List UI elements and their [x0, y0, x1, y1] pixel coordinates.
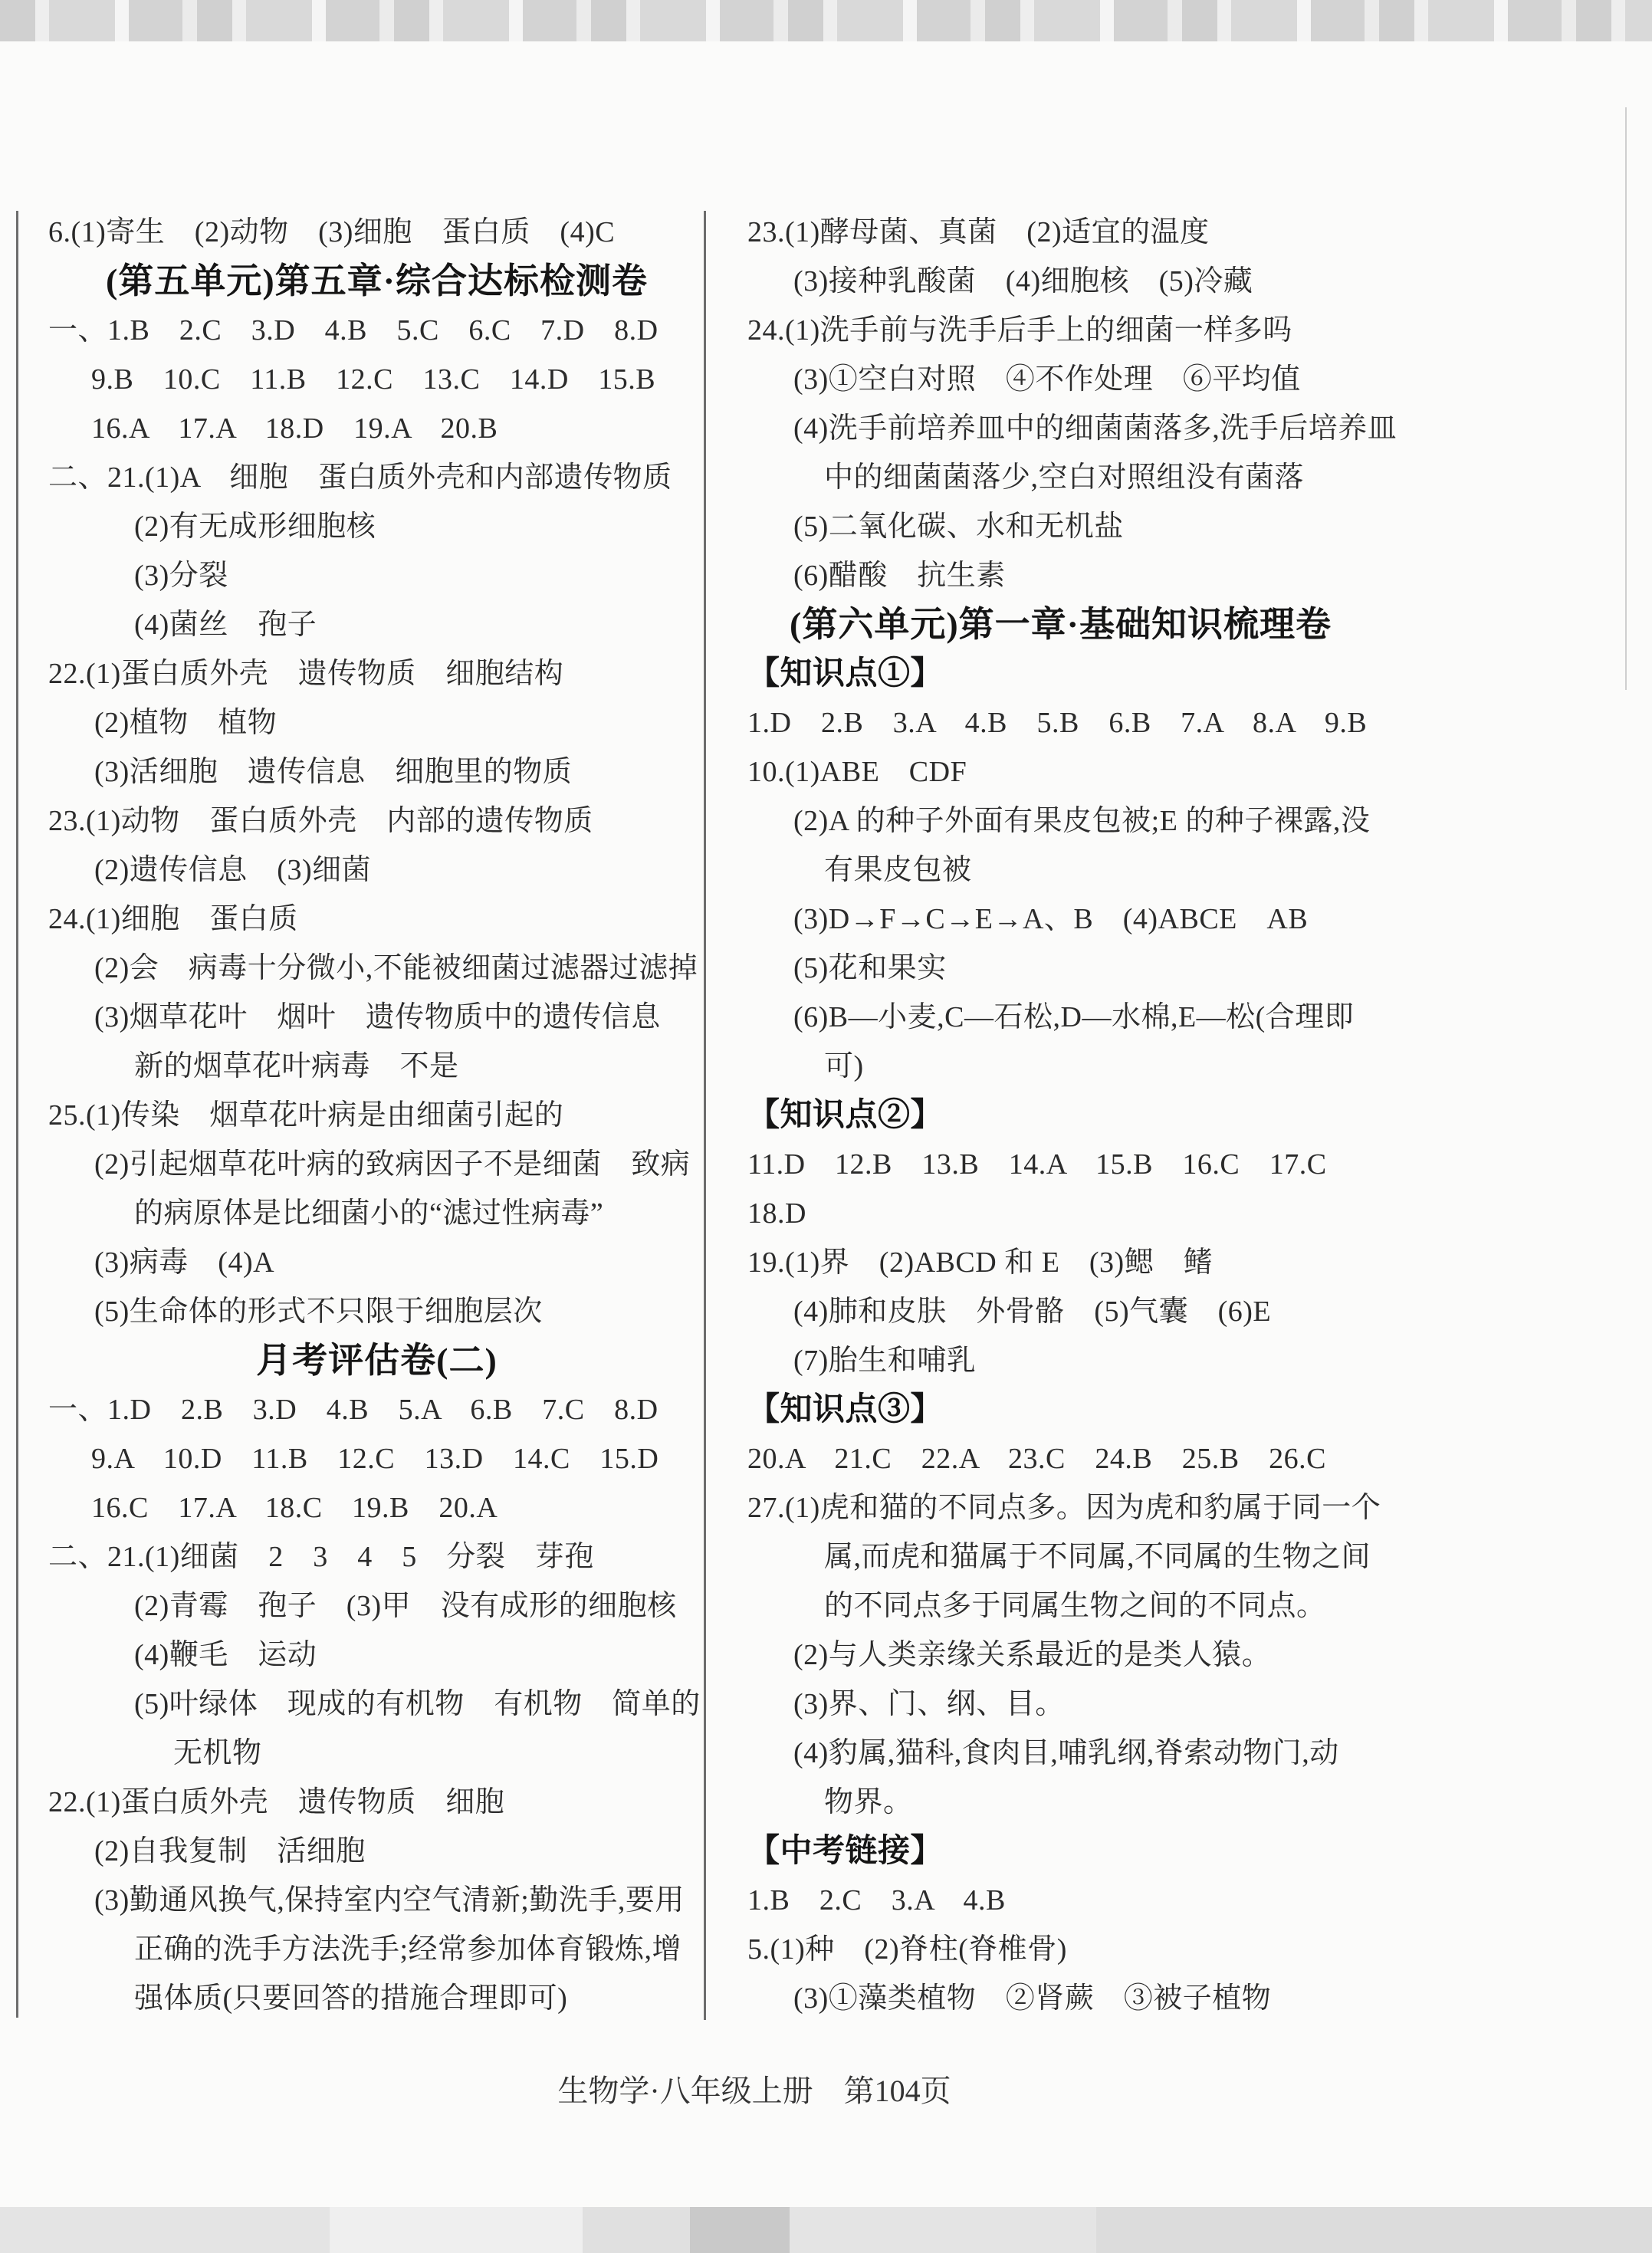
answer-line: (4)菌丝 孢子 — [48, 600, 705, 649]
answer-line: 22.(1)蛋白质外壳 遗传物质 细胞 — [48, 1778, 705, 1827]
answer-line: 新的烟草花叶病毒 不是 — [48, 1042, 705, 1091]
answer-line: 5.(1)种 (2)脊柱(脊椎骨) — [747, 1925, 1621, 1974]
answer-line: 物界。 — [747, 1778, 1621, 1827]
answer-line: 27.(1)虎和猫的不同点多。因为虎和豹属于同一个 — [747, 1483, 1621, 1532]
answer-line: 正确的洗手方法洗手;经常参加体育锻炼,增 — [48, 1925, 705, 1974]
answer-line: 9.B 10.C 11.B 12.C 13.C 14.D 15.B — [48, 355, 705, 404]
answer-line: (2)会 病毒十分微小,不能被细菌过滤器过滤掉 — [48, 944, 705, 993]
answer-line: (3)病毒 (4)A — [48, 1238, 705, 1287]
answer-line: (2)有无成形细胞核 — [48, 502, 705, 551]
section-header: (第六单元)第一章·基础知识梳理卷 — [747, 600, 1621, 649]
answer-line: (2)植物 植物 — [48, 698, 705, 747]
answer-line: (2)与人类亲缘关系最近的是类人猿。 — [747, 1631, 1621, 1680]
answer-line: 可) — [747, 1042, 1621, 1091]
section-header: 月考评估卷(二) — [48, 1336, 705, 1385]
answer-line: 6.(1)寄生 (2)动物 (3)细胞 蛋白质 (4)C — [48, 208, 705, 257]
answer-line: (7)胎生和哺乳 — [747, 1336, 1621, 1385]
section-header: (第五单元)第五章·综合达标检测卷 — [48, 257, 705, 306]
left-margin-rule — [16, 211, 18, 2018]
answer-line: 23.(1)酵母菌、真菌 (2)适宜的温度 — [747, 208, 1621, 257]
answer-line: 无机物 — [48, 1729, 705, 1778]
answer-line: 二、21.(1)A 细胞 蛋白质外壳和内部遗传物质 — [48, 453, 705, 502]
footer-book-title: 生物学·八年级上册 — [557, 2074, 813, 2108]
answer-line: 24.(1)细胞 蛋白质 — [48, 895, 705, 944]
answer-line: 中的细菌菌落少,空白对照组没有菌落 — [747, 453, 1621, 502]
answer-line: 25.(1)传染 烟草花叶病是由细菌引起的 — [48, 1091, 705, 1140]
answer-line: (3)烟草花叶 烟叶 遗传物质中的遗传信息 — [48, 993, 705, 1042]
answer-line: (5)叶绿体 现成的有机物 有机物 简单的 — [48, 1680, 705, 1729]
right-edge-scan-rule — [1625, 107, 1627, 690]
answer-line: (3)分裂 — [48, 551, 705, 600]
answer-line: 24.(1)洗手前与洗手后手上的细菌一样多吗 — [747, 306, 1621, 355]
answer-line: (2)引起烟草花叶病的致病因子不是细菌 致病 — [48, 1140, 705, 1189]
answer-line: 11.D 12.B 13.B 14.A 15.B 16.C 17.C — [747, 1140, 1621, 1189]
answer-line: 二、21.(1)细菌 2 3 4 5 分裂 芽孢 — [48, 1532, 705, 1581]
answer-line: (4)洗手前培养皿中的细菌菌落多,洗手后培养皿 — [747, 404, 1621, 453]
answer-line: 22.(1)蛋白质外壳 遗传物质 细胞结构 — [48, 649, 705, 698]
answer-line: 有果皮包被 — [747, 846, 1621, 895]
answer-line: 16.A 17.A 18.D 19.A 20.B — [48, 404, 705, 453]
page-bottom-scan-band — [0, 2207, 1652, 2253]
answer-line: (2)自我复制 活细胞 — [48, 1827, 705, 1876]
knowledge-point-header: 【知识点①】 — [747, 649, 1621, 698]
answer-line: 18.D — [747, 1189, 1621, 1238]
answer-line: (3)①空白对照 ④不作处理 ⑥平均值 — [747, 355, 1621, 404]
answer-line: 一、1.D 2.B 3.D 4.B 5.A 6.B 7.C 8.D — [48, 1385, 705, 1434]
answer-line: 一、1.B 2.C 3.D 4.B 5.C 6.C 7.D 8.D — [48, 306, 705, 355]
answer-line: (3)D→F→C→E→A、B (4)ABCE AB — [747, 895, 1621, 944]
answer-line: (2)青霉 孢子 (3)甲 没有成形的细胞核 — [48, 1581, 705, 1631]
page-footer: 生物学·八年级上册 第104页 — [141, 2070, 1368, 2113]
left-answer-column: 6.(1)寄生 (2)动物 (3)细胞 蛋白质 (4)C(第五单元)第五章·综合… — [48, 208, 705, 2023]
answer-line: 强体质(只要回答的措施合理即可) — [48, 1974, 705, 2023]
answer-line: (5)二氧化碳、水和无机盐 — [747, 502, 1621, 551]
answer-line: 19.(1)界 (2)ABCD 和 E (3)鳃 鳍 — [747, 1238, 1621, 1287]
answer-line: 9.A 10.D 11.B 12.C 13.D 14.C 15.D — [48, 1434, 705, 1483]
answer-line: (4)鞭毛 运动 — [48, 1631, 705, 1680]
answer-line: 1.B 2.C 3.A 4.B — [747, 1876, 1621, 1925]
right-answer-column: 23.(1)酵母菌、真菌 (2)适宜的温度(3)接种乳酸菌 (4)细胞核 (5)… — [747, 208, 1621, 2023]
answer-line: (3)接种乳酸菌 (4)细胞核 (5)冷藏 — [747, 257, 1621, 306]
answer-line: 20.A 21.C 22.A 23.C 24.B 25.B 26.C — [747, 1434, 1621, 1483]
knowledge-point-header: 【知识点②】 — [747, 1091, 1621, 1140]
answer-line: (4)豹属,猫科,食肉目,哺乳纲,脊索动物门,动 — [747, 1729, 1621, 1778]
answer-line: (3)界、门、纲、目。 — [747, 1680, 1621, 1729]
answer-line: (4)肺和皮肤 外骨骼 (5)气囊 (6)E — [747, 1287, 1621, 1336]
answer-line: (6)醋酸 抗生素 — [747, 551, 1621, 600]
answer-line: 16.C 17.A 18.C 19.B 20.A — [48, 1483, 705, 1532]
answer-line: (6)B—小麦,C—石松,D—水棉,E—松(合理即 — [747, 993, 1621, 1042]
answer-line: (3)勤通风换气,保持室内空气清新;勤洗手,要用 — [48, 1876, 705, 1925]
answer-line: (3)①藻类植物 ②肾蕨 ③被子植物 — [747, 1974, 1621, 2023]
answer-line: (5)花和果实 — [747, 944, 1621, 993]
footer-separator — [813, 2074, 844, 2108]
answer-line: (2)遗传信息 (3)细菌 — [48, 846, 705, 895]
answer-line: 1.D 2.B 3.A 4.B 5.B 6.B 7.A 8.A 9.B — [747, 698, 1621, 747]
footer-page-number: 第104页 — [844, 2074, 951, 2108]
knowledge-point-header: 【知识点③】 — [747, 1385, 1621, 1434]
answer-line: (5)生命体的形式不只限于细胞层次 — [48, 1287, 705, 1336]
answer-line: 的病原体是比细菌小的“滤过性病毒” — [48, 1189, 705, 1238]
page-top-scan-band — [0, 0, 1652, 41]
answer-line: 属,而虎和猫属于不同属,不同属的生物之间 — [747, 1532, 1621, 1581]
answer-line: 23.(1)动物 蛋白质外壳 内部的遗传物质 — [48, 796, 705, 846]
answer-line: 10.(1)ABE CDF — [747, 747, 1621, 796]
answer-line: (3)活细胞 遗传信息 细胞里的物质 — [48, 747, 705, 796]
knowledge-point-header: 【中考链接】 — [747, 1827, 1621, 1876]
answer-line: 的不同点多于同属生物之间的不同点。 — [747, 1581, 1621, 1631]
answer-line: (2)A 的种子外面有果皮包被;E 的种子裸露,没 — [747, 796, 1621, 846]
